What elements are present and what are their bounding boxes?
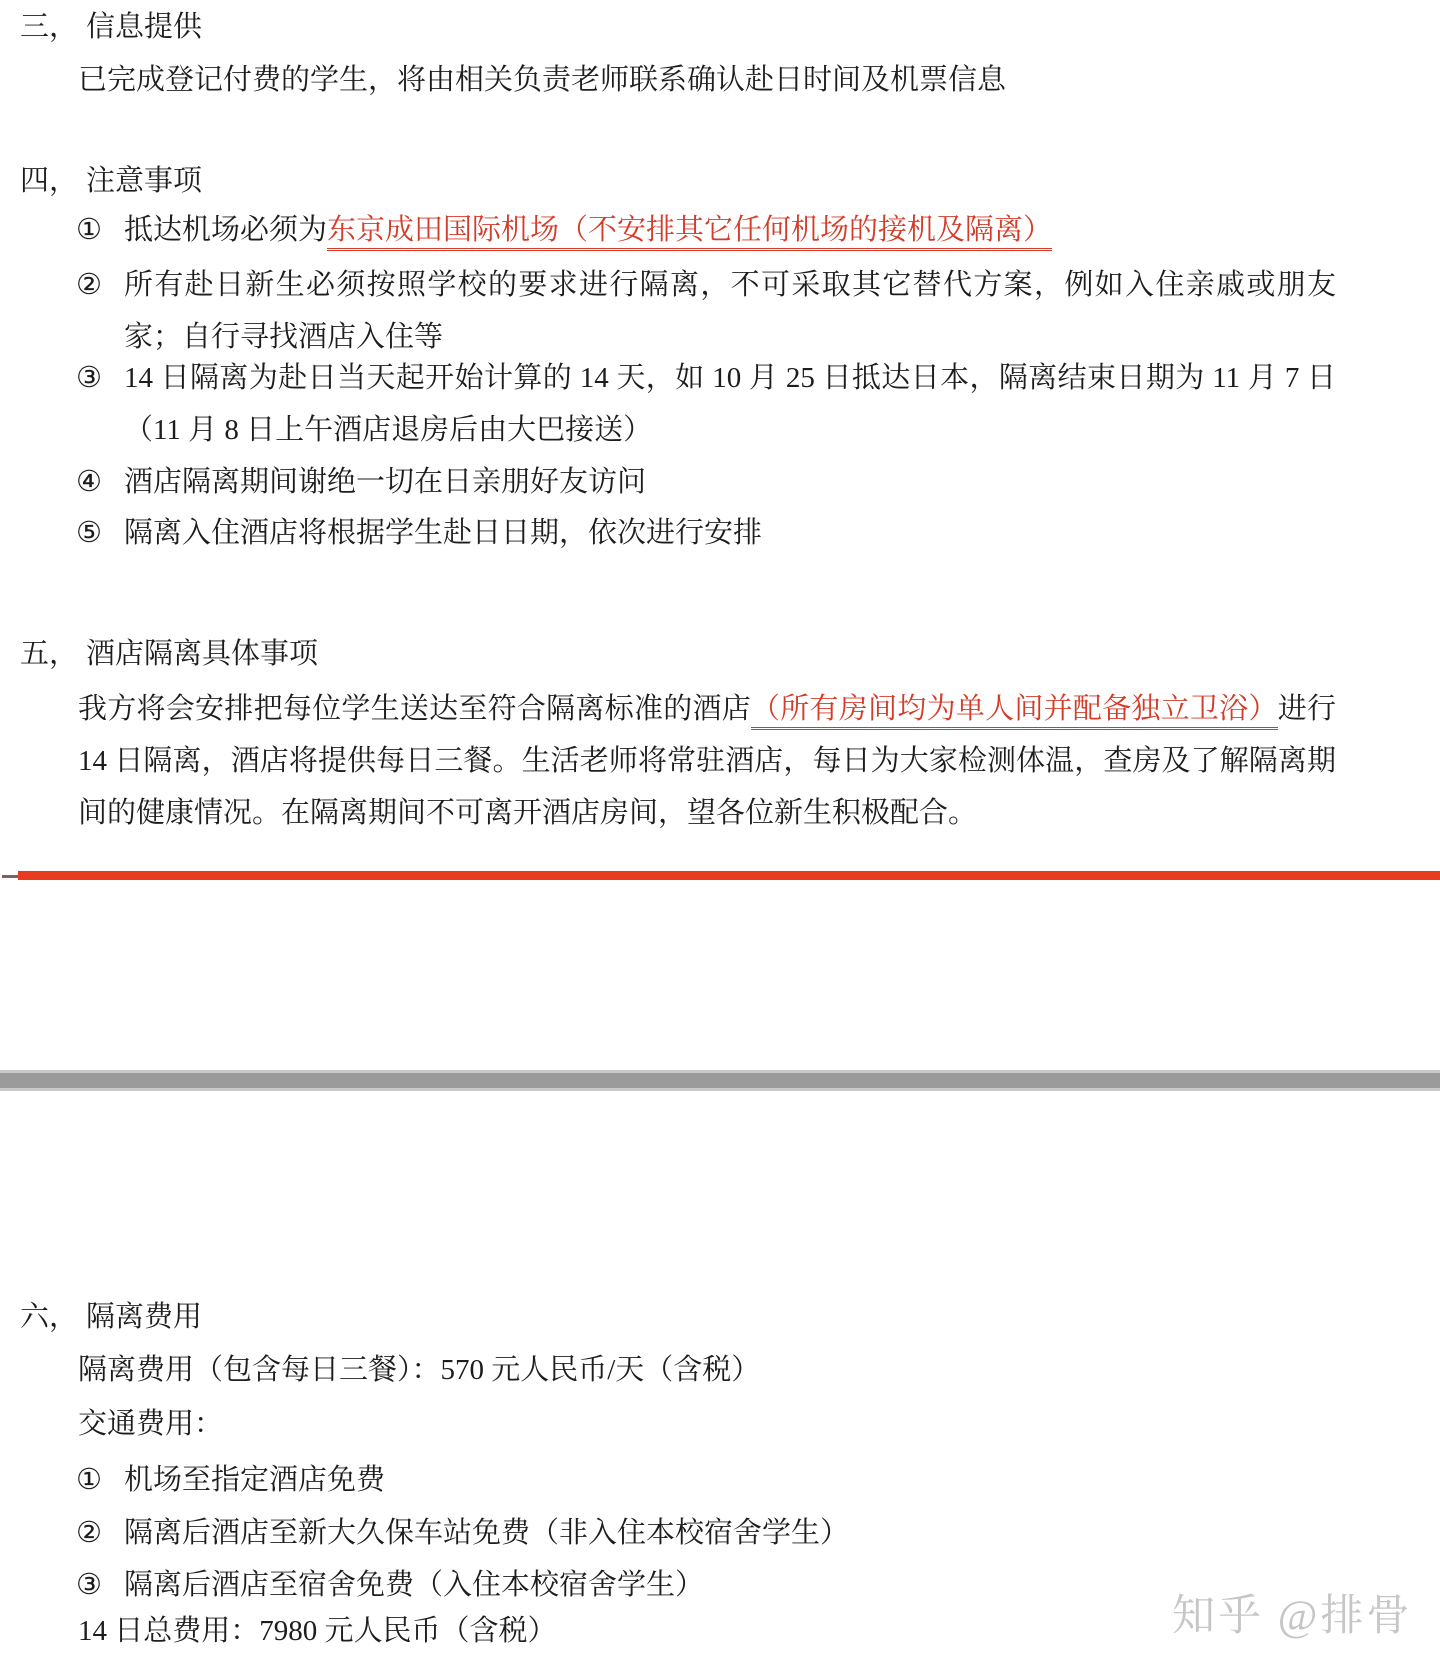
section-4-item-3-text: 14 日隔离为赴日当天起开始计算的 14 天，如 10 月 25 日抵达日本，隔… bbox=[124, 362, 1336, 446]
section-4-title: 注意事项 bbox=[86, 165, 202, 197]
section-4-item-1: ①抵达机场必须为东京成田国际机场（不安排其它任何机场的接机及隔离） bbox=[124, 208, 1052, 252]
section-4-item-1-text: 抵达机场必须为 bbox=[124, 214, 327, 246]
section-3-body: 已完成登记付费的学生，将由相关负责老师联系确认赴日时间及机票信息 bbox=[78, 64, 1006, 97]
section-6-item-1-text: 机场至指定酒店免费 bbox=[124, 1464, 385, 1496]
section-4-number: 四， bbox=[20, 165, 78, 197]
page-break-bar bbox=[0, 1070, 1440, 1091]
section-4-heading: 四，注意事项 bbox=[20, 166, 202, 198]
section-6-item-2: ②隔离后酒店至新大久保车站免费（非入住本校宿舍学生） bbox=[124, 1511, 849, 1555]
section-5-title: 酒店隔离具体事项 bbox=[86, 638, 318, 670]
section-3-title: 信息提供 bbox=[86, 11, 202, 43]
section-4-item-2-text: 所有赴日新生必须按照学校的要求进行隔离，不可采取其它替代方案，例如入住亲戚或朋友… bbox=[124, 269, 1336, 353]
circled-1-marker: ① bbox=[76, 1458, 102, 1502]
red-divider-left-tick bbox=[2, 875, 18, 878]
section-4-item-3: ③14 日隔离为赴日当天起开始计算的 14 天，如 10 月 25 日抵达日本，… bbox=[124, 352, 1336, 456]
section-3-heading: 三，信息提供 bbox=[20, 12, 202, 44]
section-4-item-5-text: 隔离入住酒店将根据学生赴日日期，依次进行安排 bbox=[124, 517, 762, 549]
section-6-title: 隔离费用 bbox=[86, 1301, 202, 1333]
red-divider-line bbox=[18, 871, 1440, 880]
section-4-item-5: ⑤隔离入住酒店将根据学生赴日日期，依次进行安排 bbox=[124, 511, 762, 555]
section-4-item-1-red-text: 东京成田国际机场（不安排其它任何机场的接机及隔离） bbox=[327, 214, 1052, 251]
section-4-item-2: ②所有赴日新生必须按照学校的要求进行隔离，不可采取其它替代方案，例如入住亲戚或朋… bbox=[124, 259, 1336, 363]
document-page: 三，信息提供 已完成登记付费的学生，将由相关负责老师联系确认赴日时间及机票信息 … bbox=[0, 0, 1440, 1665]
section-5-text-pre: 我方将会安排把每位学生送达至符合隔离标准的酒店 bbox=[78, 693, 751, 725]
section-6-item-3-text: 隔离后酒店至宿舍免费（入住本校宿舍学生） bbox=[124, 1569, 704, 1601]
circled-2-marker: ② bbox=[76, 259, 102, 311]
section-6-total-line: 14 日总费用：7980 元人民币（含税） bbox=[78, 1615, 557, 1648]
section-3-number: 三， bbox=[20, 11, 78, 43]
section-5-paragraph: 我方将会安排把每位学生送达至符合隔离标准的酒店（所有房间均为单人间并配备独立卫浴… bbox=[78, 683, 1336, 839]
section-4-item-4-text: 酒店隔离期间谢绝一切在日亲朋好友访问 bbox=[124, 466, 646, 498]
circled-2-marker: ② bbox=[76, 1511, 102, 1555]
section-5-red-text: （所有房间均为单人间并配备独立卫浴） bbox=[751, 693, 1278, 730]
circled-3-marker: ③ bbox=[76, 352, 102, 404]
circled-4-marker: ④ bbox=[76, 460, 102, 504]
section-6-transport-label: 交通费用： bbox=[78, 1408, 223, 1441]
section-6-item-3: ③隔离后酒店至宿舍免费（入住本校宿舍学生） bbox=[124, 1563, 704, 1607]
section-4-item-4: ④酒店隔离期间谢绝一切在日亲朋好友访问 bbox=[124, 460, 646, 504]
section-6-item-1: ①机场至指定酒店免费 bbox=[124, 1458, 385, 1502]
circled-3-marker: ③ bbox=[76, 1563, 102, 1607]
zhihu-watermark: 知乎 @排骨 bbox=[1172, 1582, 1412, 1643]
section-6-fee-line: 隔离费用（包含每日三餐）：570 元人民币/天（含税） bbox=[78, 1354, 760, 1387]
section-6-item-2-text: 隔离后酒店至新大久保车站免费（非入住本校宿舍学生） bbox=[124, 1517, 849, 1549]
section-6-number: 六， bbox=[20, 1301, 78, 1333]
section-5-heading: 五，酒店隔离具体事项 bbox=[20, 639, 318, 671]
section-5-number: 五， bbox=[20, 638, 78, 670]
section-6-heading: 六，隔离费用 bbox=[20, 1302, 202, 1334]
circled-1-marker: ① bbox=[76, 208, 102, 252]
circled-5-marker: ⑤ bbox=[76, 511, 102, 555]
